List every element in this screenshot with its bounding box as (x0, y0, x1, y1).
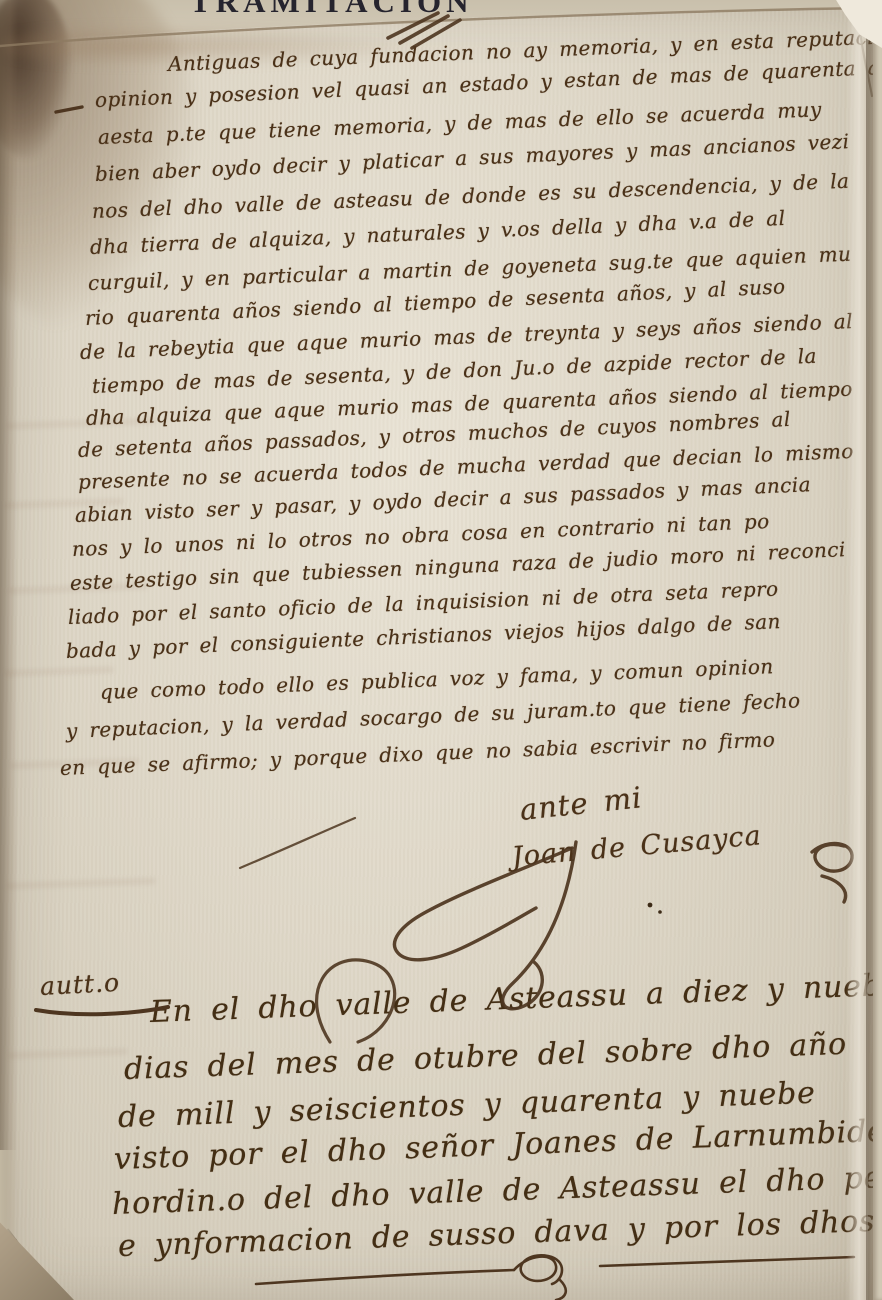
margin-note-underline (36, 1007, 168, 1014)
margin-note-auto: autt.o (39, 968, 121, 1001)
closing-rule (256, 1255, 854, 1300)
ante-mi-label: ante mi (518, 780, 644, 827)
show-through-mark (6, 877, 156, 889)
watermark-text: TRAMITACION (190, 0, 474, 20)
show-through-mark (8, 1048, 128, 1059)
signature: Joan de Cusayca (511, 820, 763, 873)
auto-line: En el dho valle de Asteassu a diez y nue… (149, 968, 882, 1030)
next-page-edge (873, 0, 882, 1300)
filler-stroke (240, 818, 355, 868)
left-edge-shading (0, 0, 18, 1300)
binding-crease (866, 0, 873, 1300)
margin-dash (56, 107, 82, 112)
show-through-mark (4, 666, 114, 677)
manuscript-page: TRAMITACION Antiguas de cuya fundacion n… (0, 0, 882, 1300)
page-curl-highlight (846, 0, 868, 1300)
